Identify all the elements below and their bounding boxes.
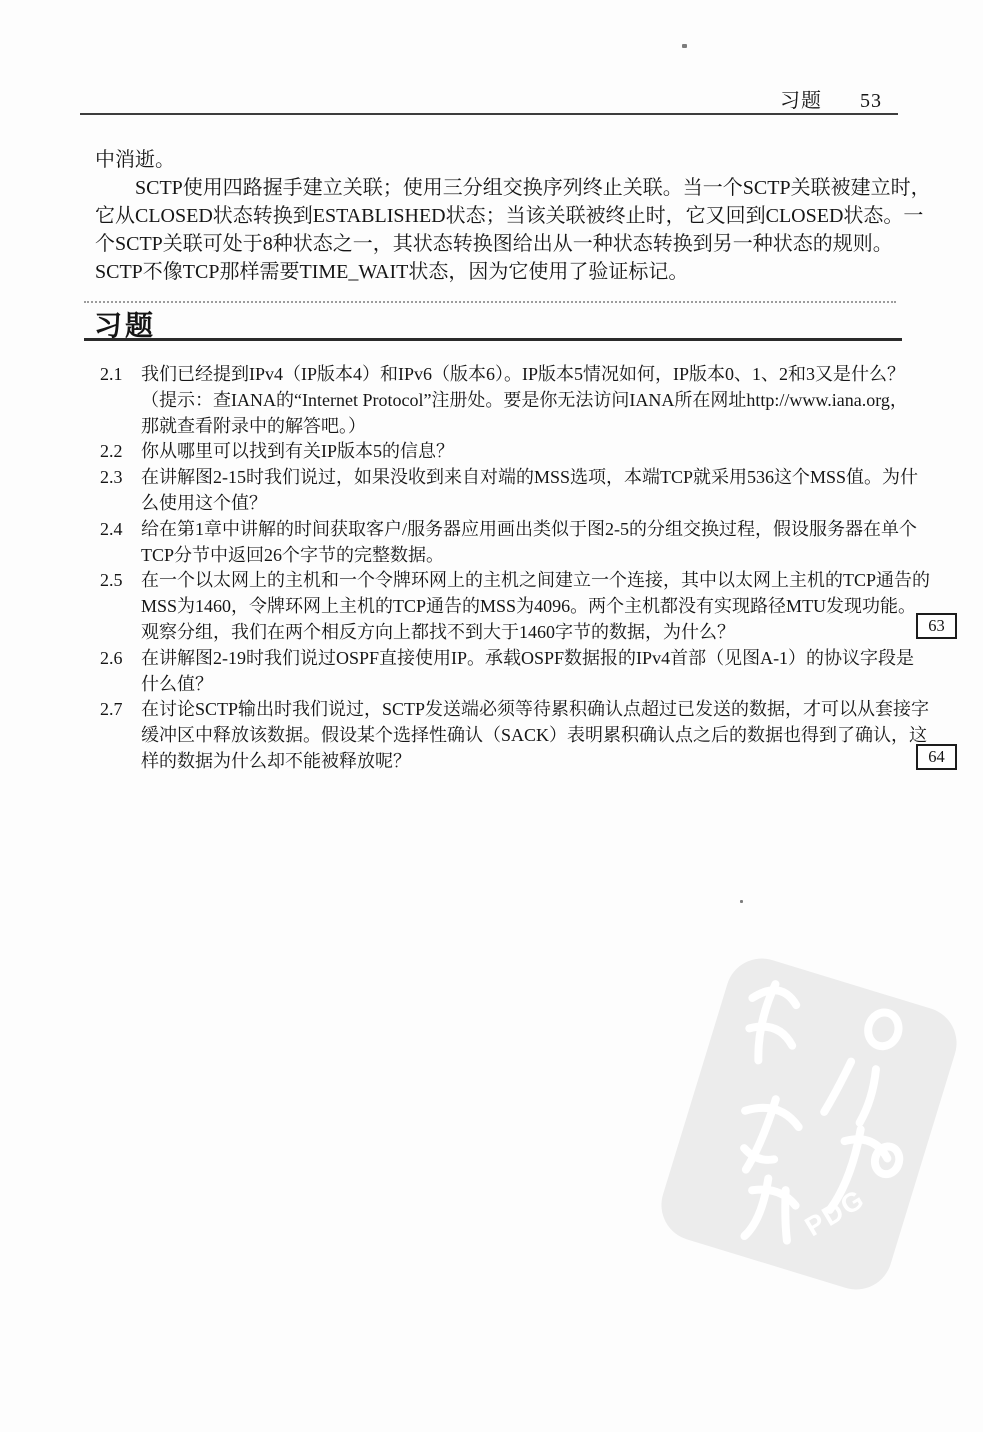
exercise-line: MSS为1460，令牌环网上主机的TCP通告的MSS为4096。两个主机都没有实… xyxy=(141,594,912,620)
exercise-line: 样的数据为什么却不能被释放呢？ xyxy=(141,749,912,775)
exercise-line: TCP分节中返回26个字节的完整数据。 xyxy=(141,543,912,569)
scan-speck xyxy=(740,900,743,903)
exercise-line: 在一个以太网上的主机和一个令牌环网上的主机之间建立一个连接，其中以太网上主机的T… xyxy=(141,568,912,594)
exercise-list: 2.1 我们已经提到IPv4（IP版本4）和IPv6（版本6）。IP版本5情况如… xyxy=(100,362,912,775)
exercise-line: 你从哪里可以找到有关IP版本5的信息？ xyxy=(141,439,912,465)
margin-page-ref: 64 xyxy=(916,744,957,770)
exercise-item: 2.6 在讲解图2-19时我们说过OSPF直接使用IP。承载OSPF数据报的IP… xyxy=(100,646,912,698)
exercise-line: 给在第1章中讲解的时间获取客户/服务器应用画出类似于图2-5的分组交换过程，假设… xyxy=(141,517,912,543)
exercise-number: 2.2 xyxy=(100,439,141,465)
body-line: SCTP使用四路握手建立关联；使用三分组交换序列终止关联。当一个SCTP关联被建… xyxy=(95,174,907,202)
header-rule xyxy=(80,113,898,115)
section-dotted-rule xyxy=(84,301,896,303)
exercise-number: 2.1 xyxy=(100,362,141,388)
scan-speck xyxy=(682,44,687,48)
body-text: 中消逝。 SCTP使用四路握手建立关联；使用三分组交换序列终止关联。当一个SCT… xyxy=(95,146,907,286)
running-header-page-number: 53 xyxy=(860,90,882,113)
exercise-line: 什么值？ xyxy=(141,672,912,698)
exercise-line: 那就查看附录中的解答吧。） xyxy=(141,414,912,440)
exercise-item: 2.2 你从哪里可以找到有关IP版本5的信息？ xyxy=(100,439,912,465)
section-title-rule xyxy=(84,338,902,341)
exercise-line: 我们已经提到IPv4（IP版本4）和IPv6（版本6）。IP版本5情况如何，IP… xyxy=(141,362,912,388)
exercise-line: 在讲解图2-19时我们说过OSPF直接使用IP。承载OSPF数据报的IPv4首部… xyxy=(141,646,912,672)
running-header: 习题 53 xyxy=(780,84,882,113)
exercise-line: 在讲解图2-15时我们说过，如果没收到来自对端的MSS选项，本端TCP就采用53… xyxy=(141,465,912,491)
exercise-line: 在讨论SCTP输出时我们说过，SCTP发送端必须等待累积确认点超过已发送的数据，… xyxy=(141,697,912,723)
exercise-line: 么使用这个值？ xyxy=(141,491,912,517)
exercise-item: 2.1 我们已经提到IPv4（IP版本4）和IPv6（版本6）。IP版本5情况如… xyxy=(100,362,912,439)
exercise-number: 2.7 xyxy=(100,697,141,723)
body-line: 个SCTP关联可处于8种状态之一，其状态转换图给出从一种状态转换到另一种状态的规… xyxy=(95,230,907,258)
exercise-number: 2.3 xyxy=(100,465,141,491)
running-header-section-label: 习题 xyxy=(780,84,822,113)
exercise-item: 2.3 在讲解图2-15时我们说过，如果没收到来自对端的MSS选项，本端TCP就… xyxy=(100,465,912,517)
margin-page-ref: 63 xyxy=(916,613,957,639)
exercise-number: 2.4 xyxy=(100,517,141,543)
body-line: SCTP不像TCP那样需要TIME_WAIT状态，因为它使用了验证标记。 xyxy=(95,258,907,286)
exercise-number: 2.6 xyxy=(100,646,141,672)
exercise-item: 2.4 给在第1章中讲解的时间获取客户/服务器应用画出类似于图2-5的分组交换过… xyxy=(100,517,912,569)
exercise-item: 2.7 在讨论SCTP输出时我们说过，SCTP发送端必须等待累积确认点超过已发送… xyxy=(100,697,912,774)
exercise-line: 缓冲区中释放该数据。假设某个选择性确认（SACK）表明累积确认点之后的数据也得到… xyxy=(141,723,912,749)
exercise-number: 2.5 xyxy=(100,568,141,594)
exercise-line: 观察分组，我们在两个相反方向上都找不到大于1460字节的数据，为什么？ xyxy=(141,620,912,646)
body-line: 它从CLOSED状态转换到ESTABLISHED状态；当该关联被终止时，它又回到… xyxy=(95,202,907,230)
exercise-line: （提示：查IANA的“Internet Protocol”注册处。要是你无法访问… xyxy=(141,388,912,414)
seal-script-glyphs-icon xyxy=(653,950,966,1299)
book-page: 习题 53 中消逝。 SCTP使用四路握手建立关联；使用三分组交换序列终止关联。… xyxy=(0,0,983,1432)
watermark-stamp: PDG xyxy=(653,950,966,1299)
body-line: 中消逝。 xyxy=(95,146,907,174)
exercise-item: 2.5 在一个以太网上的主机和一个令牌环网上的主机之间建立一个连接，其中以太网上… xyxy=(100,568,912,645)
